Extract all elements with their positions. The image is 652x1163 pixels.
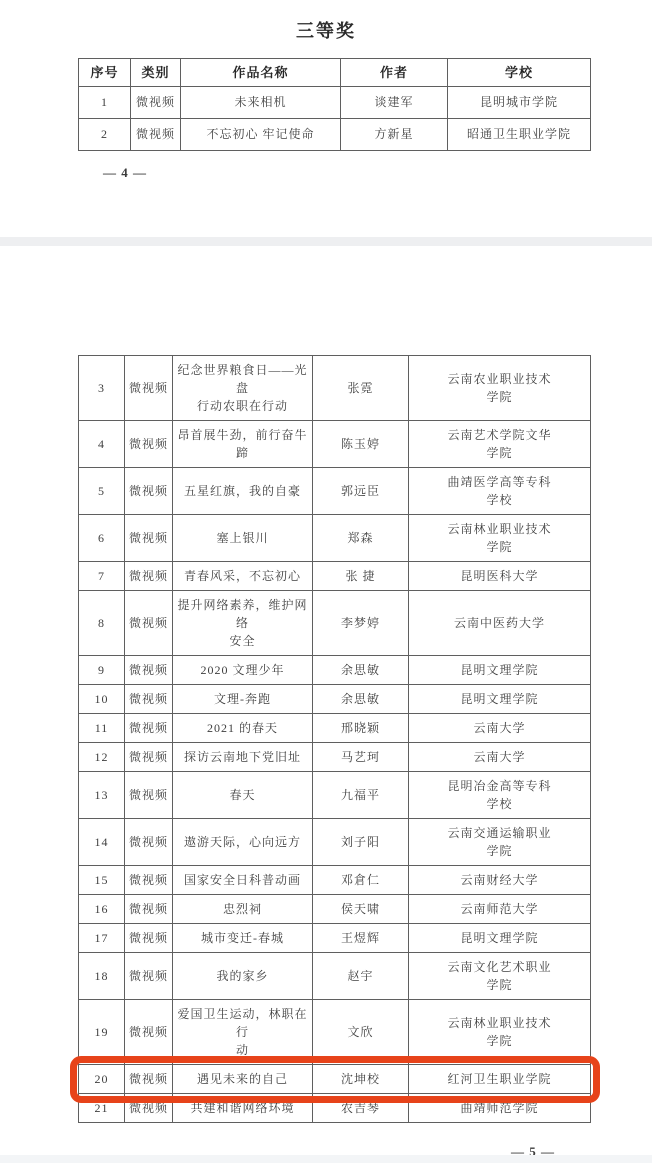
cell-title: 不忘初心 牢记使命 — [181, 119, 341, 151]
cell-category: 微视频 — [125, 772, 173, 819]
cell-title: 青春风采，不忘初心 — [173, 562, 313, 591]
cell-author: 赵宇 — [313, 953, 409, 1000]
cell-author: 余思敏 — [313, 685, 409, 714]
cell-school: 曲靖医学高等专科 学校 — [409, 468, 591, 515]
cell-title: 五星红旗，我的自豪 — [173, 468, 313, 515]
cell-category: 微视频 — [125, 421, 173, 468]
cell-no: 15 — [79, 866, 125, 895]
cell-school: 云南大学 — [409, 743, 591, 772]
cell-no: 9 — [79, 656, 125, 685]
cell-no: 6 — [79, 515, 125, 562]
cell-title: 未来相机 — [181, 87, 341, 119]
cell-school: 昆明文理学院 — [409, 656, 591, 685]
cell-category: 微视频 — [131, 119, 181, 151]
table-body: 1微视频未来相机谈建军昆明城市学院2微视频不忘初心 牢记使命方新星昭通卫生职业学… — [79, 87, 591, 151]
cell-author: 侯天啸 — [313, 895, 409, 924]
cell-category: 微视频 — [125, 685, 173, 714]
cell-category: 微视频 — [125, 1094, 173, 1123]
cell-title: 昂首展牛劲，前行奋牛蹄 — [173, 421, 313, 468]
cell-author: 张霓 — [313, 356, 409, 421]
cell-no: 18 — [79, 953, 125, 1000]
page-title: 三等奖 — [0, 0, 652, 43]
table-header-row: 序号类别作品名称作者学校 — [79, 59, 591, 87]
cell-author: 九福平 — [313, 772, 409, 819]
cell-school: 昭通卫生职业学院 — [448, 119, 591, 151]
table-row: 17微视频城市变迁-春城王煜辉昆明文理学院 — [79, 924, 591, 953]
cell-author: 邢晓颖 — [313, 714, 409, 743]
cell-no: 11 — [79, 714, 125, 743]
cell-author: 沈坤校 — [313, 1065, 409, 1094]
cell-no: 8 — [79, 591, 125, 656]
cell-title: 国家安全日科普动画 — [173, 866, 313, 895]
cell-author: 农吉琴 — [313, 1094, 409, 1123]
cell-no: 20 — [79, 1065, 125, 1094]
cell-title: 2021 的春天 — [173, 714, 313, 743]
cell-no: 4 — [79, 421, 125, 468]
table-header: 序号类别作品名称作者学校 — [79, 59, 591, 87]
cell-category: 微视频 — [125, 819, 173, 866]
table-row: 6微视频塞上银川郑森云南林业职业技术 学院 — [79, 515, 591, 562]
cell-school: 云南林业职业技术 学院 — [409, 1000, 591, 1065]
cell-school: 昆明城市学院 — [448, 87, 591, 119]
table-row: 21微视频共建和谐网络环境农吉琴曲靖师范学院 — [79, 1094, 591, 1123]
award-table-page5: 3微视频纪念世界粮食日——光盘 行动农职在行动张霓云南农业职业技术 学院4微视频… — [78, 355, 591, 1123]
cell-school: 云南艺术学院文华 学院 — [409, 421, 591, 468]
cell-category: 微视频 — [125, 356, 173, 421]
cell-category: 微视频 — [131, 87, 181, 119]
cell-title: 遨游天际，心向远方 — [173, 819, 313, 866]
table-row: 7微视频青春风采，不忘初心张 捷昆明医科大学 — [79, 562, 591, 591]
table-row: 13微视频春天九福平昆明冶金高等专科 学校 — [79, 772, 591, 819]
cell-title: 文理-奔跑 — [173, 685, 313, 714]
cell-author: 王煜辉 — [313, 924, 409, 953]
cell-school: 云南大学 — [409, 714, 591, 743]
cell-no: 3 — [79, 356, 125, 421]
cell-title: 探访云南地下党旧址 — [173, 743, 313, 772]
cell-category: 微视频 — [125, 468, 173, 515]
cell-no: 19 — [79, 1000, 125, 1065]
highlighted-row: 20微视频遇见未来的自己沈坤校红河卫生职业学院 — [79, 1065, 591, 1094]
cell-no: 5 — [79, 468, 125, 515]
table-row: 15微视频国家安全日科普动画邓倉仁云南财经大学 — [79, 866, 591, 895]
column-header-school: 学校 — [448, 59, 591, 87]
column-header-title: 作品名称 — [181, 59, 341, 87]
cell-title: 纪念世界粮食日——光盘 行动农职在行动 — [173, 356, 313, 421]
table-row: 18微视频我的家乡赵宇云南文化艺术职业 学院 — [79, 953, 591, 1000]
cell-category: 微视频 — [125, 591, 173, 656]
cell-category: 微视频 — [125, 656, 173, 685]
cell-category: 微视频 — [125, 895, 173, 924]
table-row: 14微视频遨游天际，心向远方刘子阳云南交通运输职业 学院 — [79, 819, 591, 866]
cell-title: 爱国卫生运动，林职在行 动 — [173, 1000, 313, 1065]
cell-title: 共建和谐网络环境 — [173, 1094, 313, 1123]
bottom-band — [0, 1155, 652, 1163]
cell-no: 21 — [79, 1094, 125, 1123]
cell-no: 1 — [79, 87, 131, 119]
cell-category: 微视频 — [125, 1000, 173, 1065]
table-row: 16微视频忠烈祠侯天啸云南师范大学 — [79, 895, 591, 924]
cell-title: 春天 — [173, 772, 313, 819]
cell-school: 云南中医药大学 — [409, 591, 591, 656]
cell-school: 红河卫生职业学院 — [409, 1065, 591, 1094]
cell-author: 李梦婷 — [313, 591, 409, 656]
cell-category: 微视频 — [125, 1065, 173, 1094]
cell-author: 余思敏 — [313, 656, 409, 685]
cell-no: 7 — [79, 562, 125, 591]
cell-author: 方新星 — [341, 119, 448, 151]
cell-category: 微视频 — [125, 562, 173, 591]
cell-category: 微视频 — [125, 743, 173, 772]
cell-author: 张 捷 — [313, 562, 409, 591]
cell-school: 云南文化艺术职业 学院 — [409, 953, 591, 1000]
cell-school: 云南财经大学 — [409, 866, 591, 895]
document-screenshot: 三等奖 序号类别作品名称作者学校 1微视频未来相机谈建军昆明城市学院2微视频不忘… — [0, 0, 652, 1163]
page-4: 三等奖 序号类别作品名称作者学校 1微视频未来相机谈建军昆明城市学院2微视频不忘… — [0, 0, 652, 237]
table-row: 2微视频不忘初心 牢记使命方新星昭通卫生职业学院 — [79, 119, 591, 151]
cell-author: 陈玉婷 — [313, 421, 409, 468]
cell-author: 刘子阳 — [313, 819, 409, 866]
cell-category: 微视频 — [125, 953, 173, 1000]
cell-school: 昆明文理学院 — [409, 924, 591, 953]
cell-title: 塞上银川 — [173, 515, 313, 562]
table-row: 11微视频2021 的春天邢晓颖云南大学 — [79, 714, 591, 743]
column-header-no: 序号 — [79, 59, 131, 87]
cell-title: 城市变迁-春城 — [173, 924, 313, 953]
cell-category: 微视频 — [125, 714, 173, 743]
cell-school: 曲靖师范学院 — [409, 1094, 591, 1123]
column-header-category: 类别 — [131, 59, 181, 87]
cell-title: 忠烈祠 — [173, 895, 313, 924]
column-header-author: 作者 — [341, 59, 448, 87]
cell-school: 云南农业职业技术 学院 — [409, 356, 591, 421]
cell-no: 16 — [79, 895, 125, 924]
cell-author: 谈建军 — [341, 87, 448, 119]
cell-author: 文欣 — [313, 1000, 409, 1065]
cell-school: 云南师范大学 — [409, 895, 591, 924]
cell-title: 遇见未来的自己 — [173, 1065, 313, 1094]
cell-school: 云南林业职业技术 学院 — [409, 515, 591, 562]
cell-no: 17 — [79, 924, 125, 953]
cell-category: 微视频 — [125, 515, 173, 562]
cell-title: 我的家乡 — [173, 953, 313, 1000]
cell-school: 昆明文理学院 — [409, 685, 591, 714]
cell-category: 微视频 — [125, 924, 173, 953]
table-row: 5微视频五星红旗，我的自豪郭远臣曲靖医学高等专科 学校 — [79, 468, 591, 515]
table-row: 3微视频纪念世界粮食日——光盘 行动农职在行动张霓云南农业职业技术 学院 — [79, 356, 591, 421]
cell-author: 郑森 — [313, 515, 409, 562]
page-5: 3微视频纪念世界粮食日——光盘 行动农职在行动张霓云南农业职业技术 学院4微视频… — [0, 355, 652, 1160]
cell-school: 昆明医科大学 — [409, 562, 591, 591]
cell-no: 13 — [79, 772, 125, 819]
cell-school: 昆明冶金高等专科 学校 — [409, 772, 591, 819]
table-row: 19微视频爱国卫生运动，林职在行 动文欣云南林业职业技术 学院 — [79, 1000, 591, 1065]
cell-no: 14 — [79, 819, 125, 866]
table-row: 9微视频2020 文理少年余思敏昆明文理学院 — [79, 656, 591, 685]
award-table-page4: 序号类别作品名称作者学校 1微视频未来相机谈建军昆明城市学院2微视频不忘初心 牢… — [78, 58, 591, 151]
page-separator — [0, 237, 652, 246]
table-body: 3微视频纪念世界粮食日——光盘 行动农职在行动张霓云南农业职业技术 学院4微视频… — [79, 356, 591, 1123]
table-row: 4微视频昂首展牛劲，前行奋牛蹄陈玉婷云南艺术学院文华 学院 — [79, 421, 591, 468]
cell-title: 2020 文理少年 — [173, 656, 313, 685]
page-number-4: — 4 — — [103, 165, 652, 181]
cell-title: 提升网络素养，维护网络 安全 — [173, 591, 313, 656]
cell-no: 10 — [79, 685, 125, 714]
table-row: 8微视频提升网络素养，维护网络 安全李梦婷云南中医药大学 — [79, 591, 591, 656]
cell-author: 马艺珂 — [313, 743, 409, 772]
cell-author: 邓倉仁 — [313, 866, 409, 895]
cell-no: 12 — [79, 743, 125, 772]
table-row: 1微视频未来相机谈建军昆明城市学院 — [79, 87, 591, 119]
table-row: 10微视频文理-奔跑余思敏昆明文理学院 — [79, 685, 591, 714]
cell-category: 微视频 — [125, 866, 173, 895]
cell-no: 2 — [79, 119, 131, 151]
table-row: 12微视频探访云南地下党旧址马艺珂云南大学 — [79, 743, 591, 772]
cell-school: 云南交通运输职业 学院 — [409, 819, 591, 866]
cell-author: 郭远臣 — [313, 468, 409, 515]
